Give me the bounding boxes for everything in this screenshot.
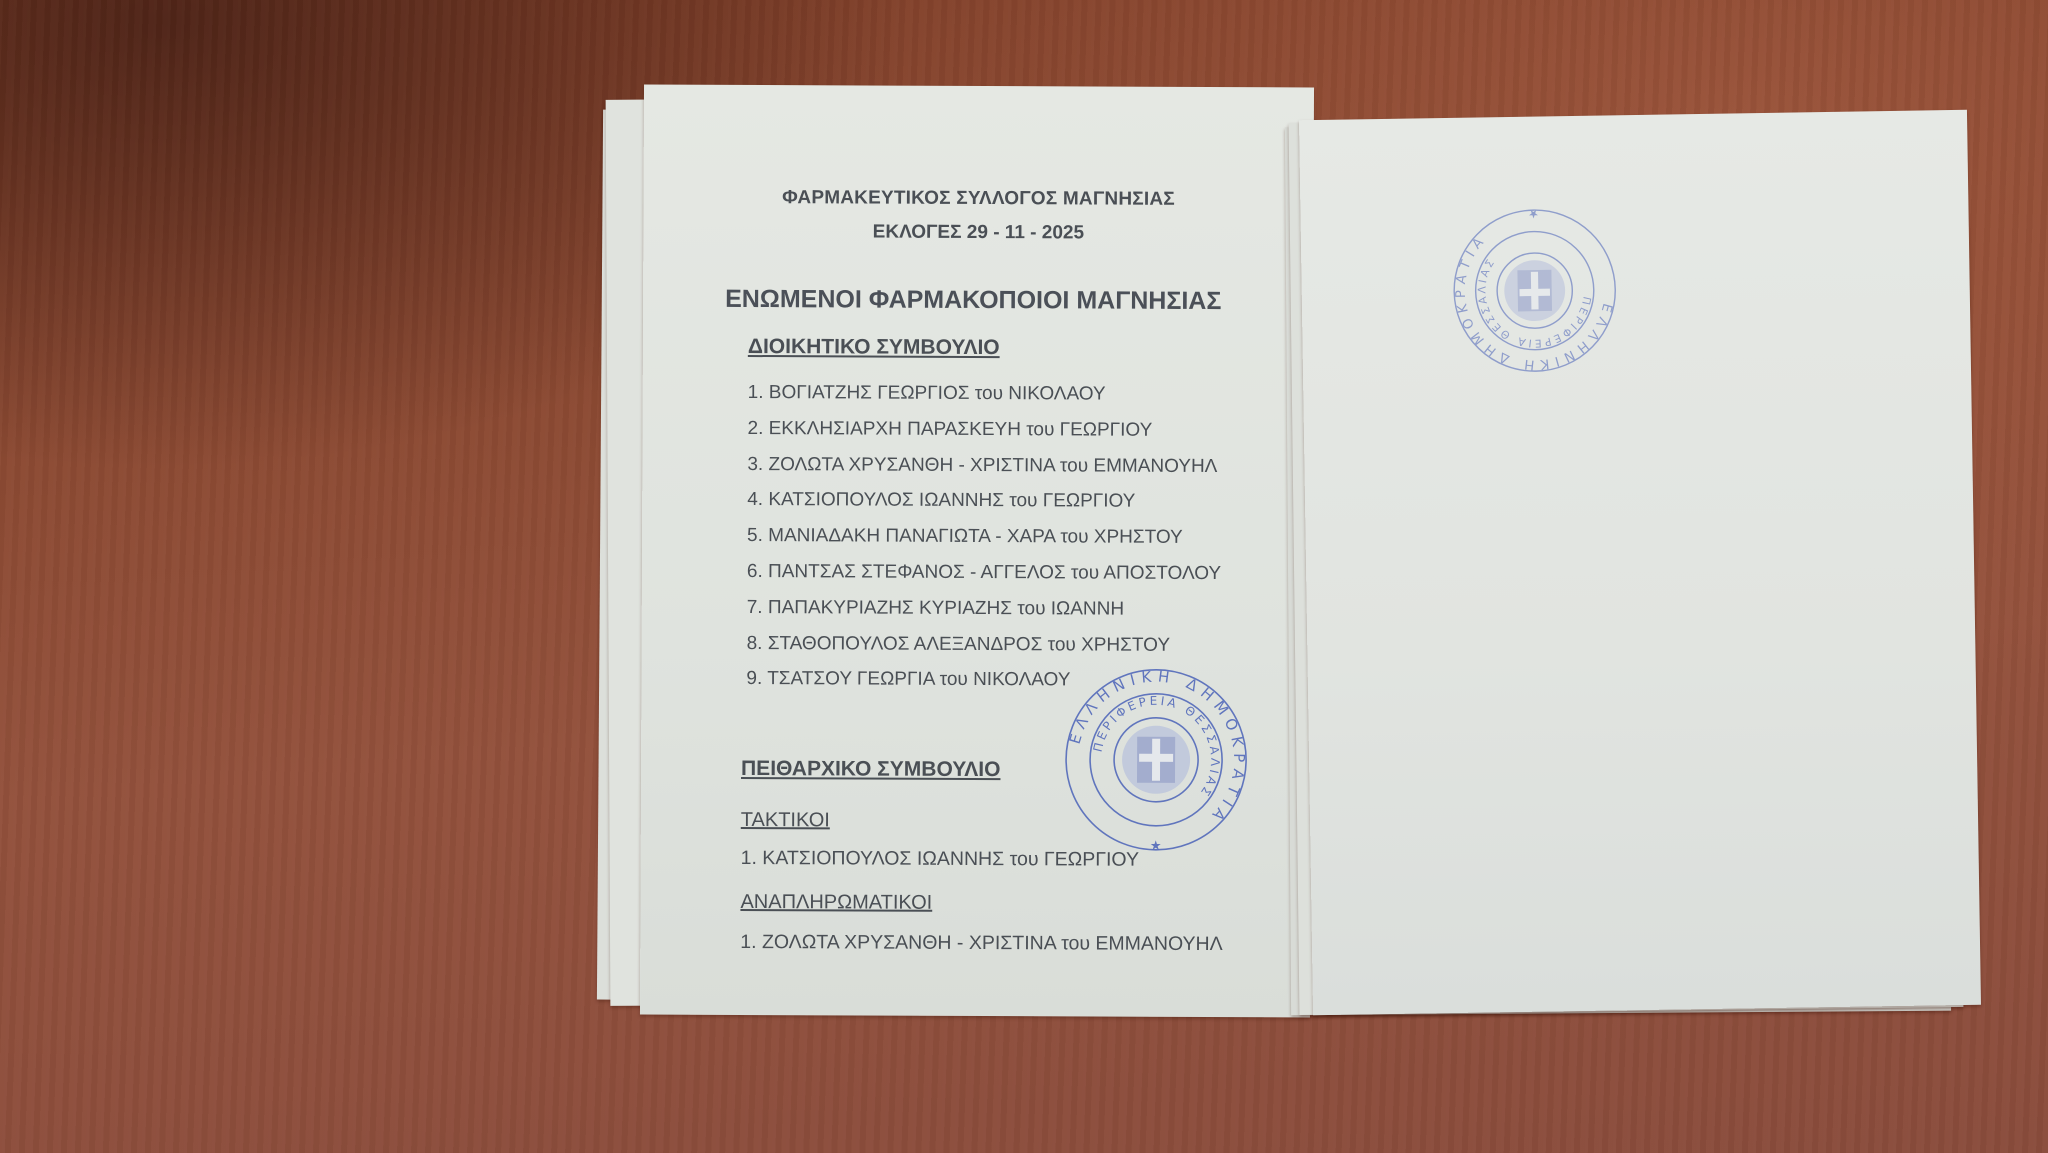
blank-sheet-top: ΕΛΛΗΝΙΚΗ ΔΗΜΟΚΡΑΤΙΑ ΠΕΡΙΦΕΡΕΙΑ ΘΕΣΣΑΛΙΑΣ… xyxy=(1299,110,1981,1015)
association-name: ΦΑΡΜΑΚΕΥΤΙΚΟΣ ΣΥΛΛΟΓΟΣ ΜΑΓΝΗΣΙΑΣ xyxy=(643,187,1313,212)
candidate-item: 5. ΜΑΝΙΑΔΑΚΗ ΠΑΝΑΓΙΩΤΑ - ΧΑΡΑ του ΧΡΗΣΤΟ… xyxy=(747,518,1221,556)
candidate-item: 8. ΣΤΑΘΟΠΟΥΛΟΣ ΑΛΕΞΑΝΔΡΟΣ του ΧΡΗΣΤΟΥ xyxy=(747,626,1221,664)
alternate-member-item: 1. ΖΟΛΩΤΑ ΧΡΥΣΑΝΘΗ - ΧΡΙΣΤΙΝΑ του ΕΜΜΑΝΟ… xyxy=(740,931,1223,956)
official-stamp: ΕΛΛΗΝΙΚΗ ΔΗΜΟΚΡΑΤΙΑ ΠΕΡΙΦΕΡΕΙΑ ΘΕΣΣΑΛΙΑΣ… xyxy=(1061,664,1252,860)
board-heading: ΔΙΟΙΚΗΤΙΚΟ ΣΥΜΒΟΥΛΙΟ xyxy=(748,335,1000,360)
candidate-item: 7. ΠΑΠΑΚΥΡΙΑΖΗΣ ΚΥΡΙΑΖΗΣ του ΙΩΑΝΝΗ xyxy=(747,590,1221,628)
candidate-item: 2. ΕΚΚΛΗΣΙΑΡΧΗ ΠΑΡΑΣΚΕΥΗ του ΓΕΩΡΓΙΟΥ xyxy=(747,411,1221,449)
svg-text:★: ★ xyxy=(1150,839,1162,854)
party-title: ΕΝΩΜΕΝΟΙ ΦΑΡΜΑΚΟΠΟΙΟΙ ΜΑΓΝΗΣΙΑΣ xyxy=(725,285,1221,316)
election-date: ΕΚΛΟΓΕΣ 29 - 11 - 2025 xyxy=(643,221,1313,246)
disciplinary-heading: ΠΕΙΘΑΡΧΙΚΟ ΣΥΜΒΟΥΛΙΟ xyxy=(741,757,1001,782)
board-candidate-list: 1. ΒΟΓΙΑΤΖΗΣ ΓΕΩΡΓΙΟΣ του ΝΙΚΟΛΑΟΥ 2. ΕΚ… xyxy=(746,375,1222,699)
printed-ballot-stack: ΦΑΡΜΑΚΕΥΤΙΚΟΣ ΣΥΛΛΟΓΟΣ ΜΑΓΝΗΣΙΑΣ ΕΚΛΟΓΕΣ… xyxy=(600,86,1312,1026)
svg-text:★: ★ xyxy=(1528,207,1539,221)
candidate-item: 1. ΒΟΓΙΑΤΖΗΣ ΓΕΩΡΓΙΟΣ του ΝΙΚΟΛΑΟΥ xyxy=(748,375,1222,413)
candidate-item: 6. ΠΑΝΤΣΑΣ ΣΤΕΦΑΝΟΣ - ΑΓΓΕΛΟΣ του ΑΠΟΣΤΟ… xyxy=(747,554,1221,592)
candidate-item: 3. ΖΟΛΩΤΑ ΧΡΥΣΑΝΘΗ - ΧΡΙΣΤΙΝΑ του ΕΜΜΑΝΟ… xyxy=(747,447,1221,485)
blank-ballot-stack: ΕΛΛΗΝΙΚΗ ΔΗΜΟΚΡΑΤΙΑ ΠΕΡΙΦΕΡΕΙΑ ΘΕΣΣΑΛΙΑΣ… xyxy=(1288,115,1978,1020)
alternate-members-heading: ΑΝΑΠΛΗΡΩΜΑΤΙΚΟΙ xyxy=(740,891,932,915)
regular-members-heading: ΤΑΚΤΙΚΟΙ xyxy=(741,809,830,832)
ballot-sheet-top: ΦΑΡΜΑΚΕΥΤΙΚΟΣ ΣΥΛΛΟΓΟΣ ΜΑΓΝΗΣΙΑΣ ΕΚΛΟΓΕΣ… xyxy=(640,85,1314,1018)
ballot-document: ΦΑΡΜΑΚΕΥΤΙΚΟΣ ΣΥΛΛΟΓΟΣ ΜΑΓΝΗΣΙΑΣ ΕΚΛΟΓΕΣ… xyxy=(640,85,1314,1018)
candidate-item: 4. ΚΑΤΣΙΟΠΟΥΛΟΣ ΙΩΑΝΝΗΣ του ΓΕΩΡΓΙΟΥ xyxy=(747,482,1221,520)
official-stamp-faded: ΕΛΛΗΝΙΚΗ ΔΗΜΟΚΡΑΤΙΑ ΠΕΡΙΦΕΡΕΙΑ ΘΕΣΣΑΛΙΑΣ… xyxy=(1448,199,1621,377)
